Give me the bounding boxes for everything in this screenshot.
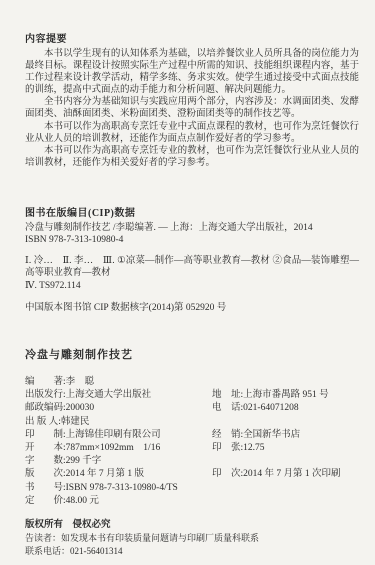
field-value: 上海交通大学出版社 (66, 390, 152, 400)
cip-title-line: 冷盘与雕刻制作技艺 /李聪编著. — 上海：上海交通大学出版社，2014 (25, 222, 359, 235)
cip-heading: 图书在版编目(CIP)数据 (25, 207, 359, 220)
colophon-row: 开 本:787mm×1092mm 1/16 印 张:12.75 (25, 442, 359, 455)
summary-paragraph: 本书以学生现有的认知体系为基础，以培养餐饮业人员所具备的岗位能力为最终目标。课程… (25, 48, 359, 96)
field-label: 印 制: (25, 430, 66, 440)
copyright-page: 内容提要 本书以学生现有的认知体系为基础，以培养餐饮业人员所具备的岗位能力为最终… (0, 0, 375, 565)
contact-phone: 联系电话：021-56401314 (25, 545, 359, 558)
field-value: 2014 年 7 月第 1 次印刷 (243, 469, 340, 479)
field-value: 787mm×1092mm 1/16 (66, 443, 161, 453)
field-value: 48.00 元 (66, 496, 99, 506)
field-label: 书 号: (25, 483, 66, 493)
colophon-section: 冷盘与雕刻制作技艺 编 著:李 聪 出版发行:上海交通大学出版社 地 址:上海市… (25, 348, 359, 508)
field-label: 版 次: (25, 469, 66, 479)
cip-isbn-line: ISBN 978-7-313-10980-4 (25, 234, 359, 247)
field-value: 上海锦佳印刷有限公司 (66, 430, 161, 440)
field-value: 韩建民 (61, 417, 90, 427)
field-label: 编 著: (25, 377, 66, 387)
colophon-row: 出 版 人:韩建民 (25, 416, 359, 429)
field-label: 经 销: (212, 430, 243, 440)
summary-paragraph: 本书可以作为高职高专烹饪专业的教材，也可作为烹饪餐饮行业从业人员的培训教材，还能… (25, 145, 359, 169)
field-value: 299 千字 (66, 456, 102, 466)
summary-paragraph: 本书可以作为高职高专烹饪专业中式面点课程的教材，也可作为烹饪餐饮行业从业人员的培… (25, 121, 359, 145)
colophon-row: 出版发行:上海交通大学出版社 地 址:上海市番禺路 951 号 (25, 389, 359, 402)
field-label: 邮政编码: (25, 403, 66, 413)
cip-class-line: Ⅳ. TS972.114 (25, 280, 359, 293)
book-title: 冷盘与雕刻制作技艺 (25, 348, 359, 362)
colophon-row: 字 数:299 千字 (25, 455, 359, 468)
colophon-row: 定 价:48.00 元 (25, 495, 359, 508)
colophon-row: 书 号:ISBN 978-7-313-10980-4/TS (25, 482, 359, 495)
content-summary-section: 内容提要 本书以学生现有的认知体系为基础，以培养餐饮业人员所具备的岗位能力为最终… (25, 33, 359, 169)
spacer (25, 247, 359, 255)
field-value: 2014 年 7 月第 1 版 (66, 469, 144, 479)
field-value: 全国新华书店 (243, 430, 300, 440)
field-label: 印 次: (212, 469, 243, 479)
cip-record-line: 中国版本图书馆 CIP 数据核字(2014)第 052920 号 (25, 302, 359, 315)
colophon-row: 版 次:2014 年 7 月第 1 版 印 次:2014 年 7 月第 1 次印… (25, 468, 359, 481)
field-value: 200030 (66, 403, 95, 413)
colophon-row: 邮政编码:200030 电 话:021-64071208 (25, 402, 359, 415)
summary-paragraph: 全书内容分为基础知识与实践应用两个部分，内容涉及：水调面团类、发酵面团类、油酥面… (25, 96, 359, 120)
field-label: 电 话: (212, 403, 243, 413)
field-value: 021-64071208 (243, 403, 298, 413)
field-label: 印 张: (212, 443, 243, 453)
copyright-section: 版权所有 侵权必究 告读者：如发现本书有印装质量问题请与印刷厂质量科联系 联系电… (25, 519, 359, 558)
colophon-row: 印 制:上海锦佳印刷有限公司 经 销:全国新华书店 (25, 429, 359, 442)
field-label: 出 版 人: (25, 417, 61, 427)
reader-notice: 告读者：如发现本书有印装质量问题请与印刷厂质量科联系 (25, 532, 359, 545)
cip-section: 图书在版编目(CIP)数据 冷盘与雕刻制作技艺 /李聪编著. — 上海：上海交通… (25, 207, 359, 315)
cip-subject-line: Ⅰ. 冷… Ⅱ. 李… Ⅲ. ①凉菜—制作—高等职业教育—教材 ②食品—装饰雕塑… (25, 255, 359, 280)
colophon-row: 编 著:李 聪 (25, 376, 359, 389)
field-label: 出版发行: (25, 390, 66, 400)
field-value: 李 聪 (66, 377, 95, 387)
field-label: 地 址: (212, 390, 243, 400)
field-value: ISBN 978-7-313-10980-4/TS (66, 483, 178, 493)
summary-heading: 内容提要 (25, 33, 359, 46)
field-label: 定 价: (25, 496, 66, 506)
rights-statement: 版权所有 侵权必究 (25, 519, 359, 532)
field-label: 开 本: (25, 443, 66, 453)
field-label: 字 数: (25, 456, 66, 466)
field-value: 12.75 (243, 443, 264, 453)
field-value: 上海市番禺路 951 号 (243, 390, 329, 400)
